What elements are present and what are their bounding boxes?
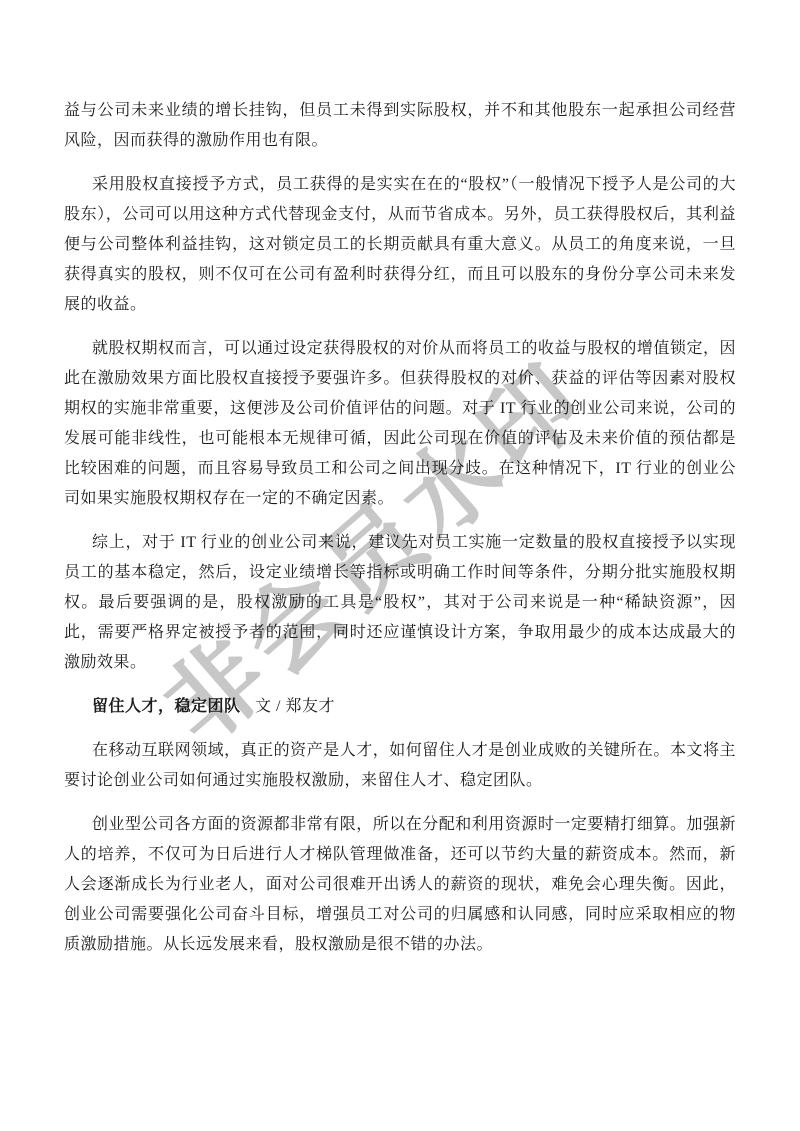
page-content: 益与公司未来业绩的增长挂钩，但员工未得到实际股权，并不和其他股东一起承担公司经营… [64,96,736,974]
paragraph-continuation: 益与公司未来业绩的增长挂钩，但员工未得到实际股权，并不和其他股东一起承担公司经营… [64,96,736,156]
paragraph-intro-talent: 在移动互联网领域，真正的资产是人才，如何留住人才是创业成败的关键所在。本文将主要… [64,736,736,796]
section-heading-byline: 文 / 郑友才 [255,698,335,715]
paragraph-startup-resources: 创业型公司各方面的资源都非常有限，所以在分配和利用资源时一定要精打细算。加强新人… [64,810,736,960]
section-heading: 留住人才，稳定团队 文 / 郑友才 [64,692,736,722]
document-page: 非会员水印 益与公司未来业绩的增长挂钩，但员工未得到实际股权，并不和其他股东一起… [0,0,800,1131]
paragraph-direct-grant: 采用股权直接授予方式，员工获得的是实实在在的“股权”（一般情况下授予人是公司的大… [64,170,736,320]
paragraph-stock-option: 就股权期权而言，可以通过设定获得股权的对价从而将员工的收益与股权的增值锁定，因此… [64,334,736,514]
paragraph-summary: 综上，对于 IT 行业的创业公司来说，建议先对员工实施一定数量的股权直接授予以实… [64,528,736,678]
section-heading-title: 留住人才，稳定团队 [92,698,241,715]
